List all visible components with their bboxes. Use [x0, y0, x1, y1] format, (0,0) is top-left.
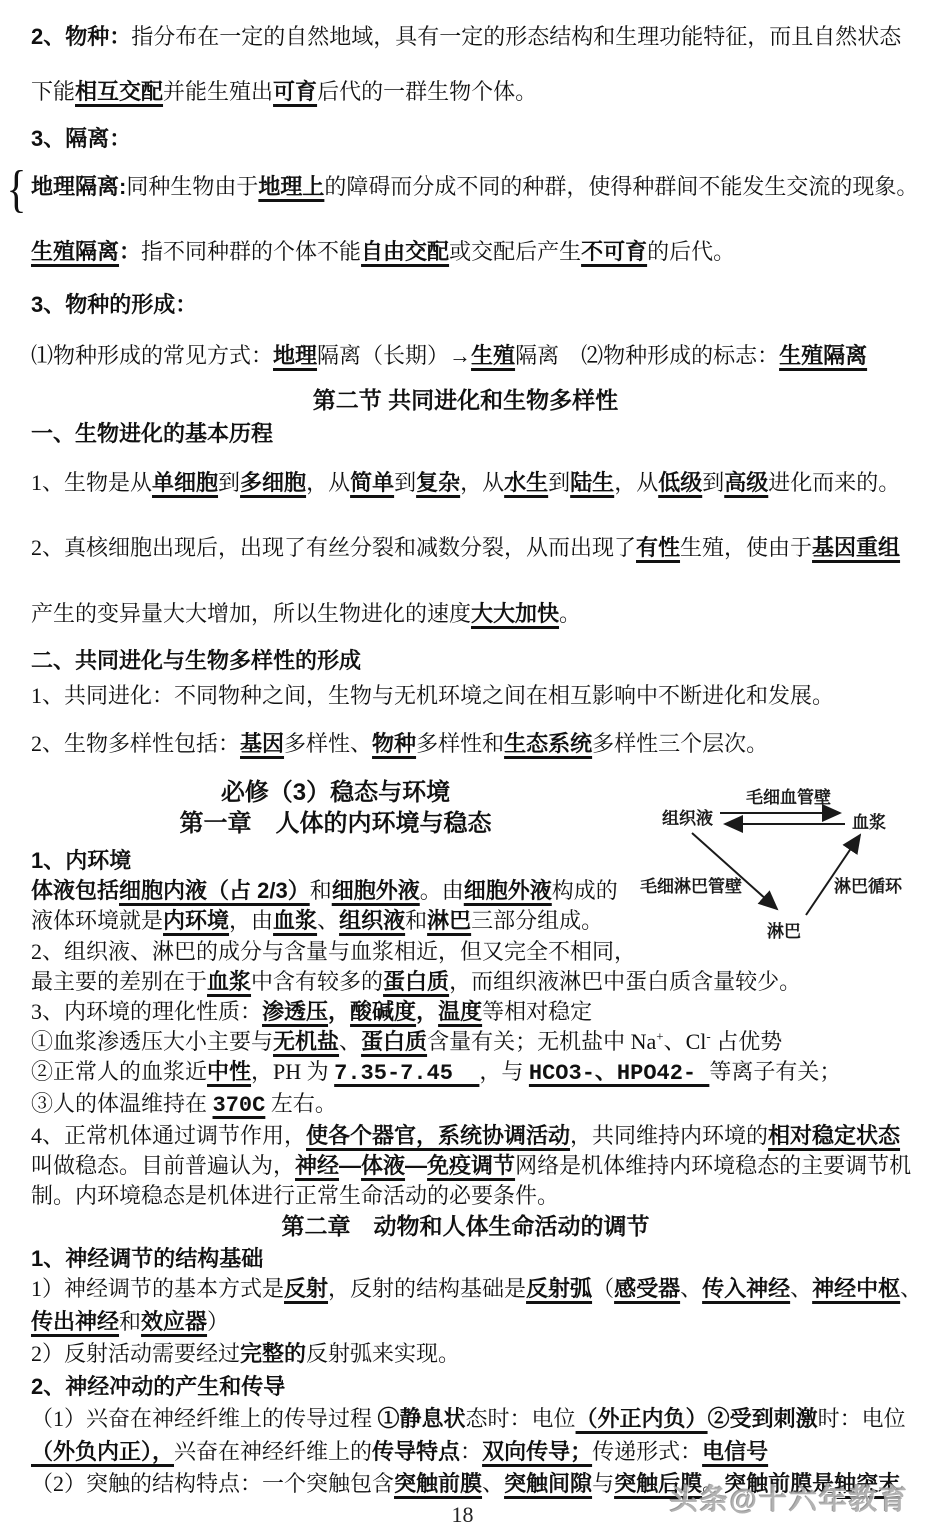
text-run: 左右。: [265, 1091, 337, 1116]
text-run: 无机盐: [273, 1029, 339, 1054]
text-line: 2）反射活动需要经过完整的反射弧来实现。: [31, 1339, 900, 1369]
text-run: 液体环境就是: [31, 908, 163, 933]
text-run: 3、内环境的理化性质：: [31, 999, 262, 1024]
text-run: 自由交配: [361, 239, 449, 264]
text-run: 二、共同进化与生物多样性的形成: [31, 648, 361, 673]
text-run: +: [656, 1029, 663, 1044]
text-line: 1、生物是从单细胞到多细胞，从简单到复杂，从水生到陆生，从低级到高级进化而来的。: [31, 468, 900, 498]
text-run: 传递形式：: [592, 1439, 702, 1464]
text-run: 的障碍而分成不同的种群，使得种群间不能发生交流的现象。: [324, 174, 918, 199]
text-run: 组织液: [339, 908, 405, 933]
text-run: 下能: [31, 79, 75, 104]
text-run: 2、生物多样性包括：: [31, 731, 240, 756]
text-run: 中含有较多的: [251, 969, 383, 994]
text-run: 不可育: [581, 239, 647, 264]
text-run: 、: [482, 1471, 504, 1496]
text-line: 必修（3）稳态与环境: [31, 778, 640, 808]
text-run: 和: [119, 1309, 141, 1334]
text-run: ：: [460, 1439, 482, 1464]
text-run: 电信号: [702, 1439, 768, 1464]
text-run: 基因重组: [812, 535, 900, 560]
text-run: 地理: [273, 343, 317, 368]
text-run: ⑴物种形成的常见方式：: [31, 343, 273, 368]
text-run: 的后代。: [647, 239, 735, 264]
text-run: 血浆: [273, 908, 317, 933]
text-line: 第二节 共同进化和生物多样性: [31, 385, 900, 416]
text-run: 一、生物进化的基本历程: [31, 421, 273, 446]
text-run: 淋巴: [427, 908, 471, 933]
text-run: 神经中枢: [812, 1276, 900, 1301]
text-line: 4、正常机体通过调节作用，使各个器官，系统协调活动，共同维持内环境的相对稳定状态: [31, 1121, 900, 1151]
text-line: 第一章 人体的内环境与稳态: [31, 809, 640, 839]
text-run: 隔离（长期）: [317, 343, 449, 368]
text-run: 指不同种群的个体不能: [141, 239, 361, 264]
text-run: 必修（3）稳态与环境: [221, 779, 450, 806]
text-run: 多细胞: [240, 470, 306, 495]
text-run: 后代的一群生物个体。: [317, 79, 537, 104]
text-run: 产生的变异量大大增加，所以生物进化的速度: [31, 601, 471, 626]
text-run: 进化而来的。: [768, 470, 900, 495]
text-run: 生态系统: [504, 731, 592, 756]
text-run: 和: [310, 878, 332, 903]
text-line: 3、物种的形成：: [31, 290, 900, 320]
text-line: 一、生物进化的基本历程: [31, 419, 900, 449]
text-run: 温度: [438, 999, 482, 1024]
document-body: 2、物种：指分布在一定的自然地域，具有一定的形态结构和生理功能特征，而且自然状态…: [31, 22, 900, 1499]
text-line: 2、神经冲动的产生和传导: [31, 1372, 900, 1402]
text-run: 、: [900, 1276, 922, 1301]
text-run: 到: [702, 470, 724, 495]
text-run: 到: [548, 470, 570, 495]
text-run: ②正常人的血浆近: [31, 1059, 207, 1084]
text-run: 叫做稳态。目前普遍认为，: [31, 1153, 295, 1178]
text-run: （外正内负）: [576, 1406, 708, 1431]
text-run: ，: [328, 999, 350, 1024]
text-line: 1）神经调节的基本方式是反射，反射的结构基础是反射弧（感受器、传入神经、神经中枢…: [31, 1274, 900, 1304]
text-run: —: [405, 1153, 427, 1178]
text-run: 渗透压: [262, 999, 328, 1024]
text-run: 等相对稳定: [482, 999, 592, 1024]
text-run: 传导特点: [372, 1439, 460, 1464]
text-run: 2、真核细胞出现后，出现了有丝分裂和减数分裂，从而出现了: [31, 535, 636, 560]
text-line: 叫做稳态。目前普遍认为，神经—体液—免疫调节网络是机体维持内环境稳态的主要调节机: [31, 1151, 900, 1181]
text-run: 酸碱度: [350, 999, 416, 1024]
text-run: 可育: [273, 79, 317, 104]
text-run: —: [339, 1153, 361, 1178]
lymph-circulation-label: 淋巴循环: [834, 872, 902, 897]
text-run: 反射: [284, 1276, 328, 1301]
text-run: 并能生殖出: [163, 79, 273, 104]
text-run: 到: [218, 470, 240, 495]
text-run: 或交配后产生: [449, 239, 581, 264]
text-run: →: [449, 343, 471, 368]
text-run: 水生: [504, 470, 548, 495]
text-run: ，从: [614, 470, 658, 495]
text-run: 基因: [240, 731, 284, 756]
text-run: ②受到刺激: [708, 1406, 818, 1431]
text-line: 2、生物多样性包括：基因多样性、物种多样性和生态系统多样性三个层次。: [31, 729, 900, 759]
text-run: 最主要的差别在于: [31, 969, 207, 994]
text-run: HCO3-、HPO42-: [529, 1061, 709, 1086]
text-run: 蛋白质: [383, 969, 449, 994]
text-line: 2、物种：指分布在一定的自然地域，具有一定的形态结构和生理功能特征，而且自然状态: [31, 22, 900, 52]
text-run: 突触间隙: [504, 1471, 592, 1496]
text-line: ①血浆渗透压大小主要与无机盐、蛋白质含量有关；无机盐中 Na+、Cl- 占优势: [31, 1027, 900, 1057]
text-run: 体液包括: [31, 878, 119, 903]
watermark: 头条@十六年教育: [670, 1478, 909, 1518]
text-run: 细胞外液: [332, 878, 420, 903]
lymph-node: 淋巴: [767, 917, 801, 942]
text-run: 2、物种：: [31, 24, 131, 49]
text-run: 生殖隔离: [31, 239, 119, 264]
text-run: （外负内正），: [31, 1439, 174, 1464]
text-run: 传出神经: [31, 1309, 119, 1334]
text-run: 感受器: [614, 1276, 680, 1301]
text-run: 第二节 共同进化和生物多样性: [313, 387, 618, 413]
fluid-exchange-diagram: 毛细血管壁 组织液 血浆 毛细淋巴管壁 淋巴循环 淋巴: [620, 775, 925, 940]
text-run: 、: [790, 1276, 812, 1301]
text-run: 内环境: [163, 908, 229, 933]
text-run: 隔离 ⑵物种形成的标志：: [515, 343, 779, 368]
text-line: 传出神经和效应器）: [31, 1307, 900, 1337]
text-run: 多样性三个层次。: [592, 731, 768, 756]
text-run: 复杂: [416, 470, 460, 495]
text-run: 相互交配: [75, 79, 163, 104]
capillary-wall-label: 毛细血管壁: [746, 783, 831, 808]
text-run: ，: [416, 999, 438, 1024]
text-line: 地理隔离:同种生物由于地理上的障碍而分成不同的种群，使得种群间不能发生交流的现象…: [31, 172, 900, 202]
text-run: ，反射的结构基础是: [328, 1276, 526, 1301]
text-run: 细胞外液: [464, 878, 552, 903]
text-run: 蛋白质: [361, 1029, 427, 1054]
text-run: 反射弧: [526, 1276, 592, 1301]
text-run: ③人的体温维持在: [31, 1091, 213, 1116]
text-line: 生殖隔离：指不同种群的个体不能自由交配或交配后产生不可育的后代。: [31, 237, 900, 267]
text-run: ，从: [306, 470, 350, 495]
text-line: ②正常人的血浆近中性，PH 为 7.35-7.45 ，与 HCO3-、HPO42…: [31, 1057, 900, 1089]
text-run: 1、生物是从: [31, 470, 152, 495]
text-run: 1、共同进化：不同物种之间，生物与无机环境之间在相互影响中不断进化和发展。: [31, 683, 834, 708]
text-run: 与: [592, 1471, 614, 1496]
text-run: 时：电位: [818, 1406, 906, 1431]
text-run: 、Cl: [664, 1029, 707, 1054]
text-run: （: [592, 1276, 614, 1301]
text-run: 地理隔离:: [31, 174, 126, 199]
text-run: 4、正常机体通过调节作用，: [31, 1123, 306, 1148]
text-run: 高级: [724, 470, 768, 495]
plasma-node: 血浆: [852, 808, 886, 833]
text-run: 完整的: [240, 1341, 306, 1366]
lymph-capillary-wall-label: 毛细淋巴管壁: [640, 872, 742, 897]
text-run: 7.35-7.45: [334, 1061, 479, 1086]
text-run: 多样性、: [284, 731, 372, 756]
text-line: 二、共同进化与生物多样性的形成: [31, 646, 900, 676]
text-run: 突触前膜: [394, 1471, 482, 1496]
tissue-fluid-node: 组织液: [662, 804, 713, 829]
text-line: 下能相互交配并能生殖出可育后代的一群生物个体。: [31, 77, 900, 107]
text-run: 制。内环境稳态是机体进行正常生命活动的必要条件。: [31, 1183, 559, 1208]
text-run: 和: [405, 908, 427, 933]
text-run: ）: [207, 1309, 229, 1334]
text-run: （1）兴奋在神经纤维上的传导过程: [31, 1406, 378, 1431]
text-run: 第二章 动物和人体生命活动的调节: [282, 1213, 650, 1239]
text-run: 免疫调节: [427, 1153, 515, 1178]
document-page: { 2、物种：指分布在一定的自然地域，具有一定的形态结构和生理功能特征，而且自然…: [0, 0, 925, 1539]
text-run: ，由: [229, 908, 273, 933]
text-run: 2、神经冲动的产生和传导: [31, 1374, 285, 1399]
text-run: 有性: [636, 535, 680, 560]
text-run: 、: [339, 1029, 361, 1054]
text-run: 体液: [361, 1153, 405, 1178]
text-line: （1）兴奋在神经纤维上的传导过程 ①静息状态时：电位（外正内负）②受到刺激时：电…: [31, 1404, 900, 1434]
text-line: （外负内正），兴奋在神经纤维上的传导特点：双向传导；传递形式：电信号: [31, 1437, 900, 1467]
text-line: 1、神经调节的结构基础: [31, 1244, 900, 1274]
text-run: 生殖隔离: [779, 343, 867, 368]
text-run: 陆生: [570, 470, 614, 495]
text-run: 生殖: [471, 343, 515, 368]
text-run: ，PH 为: [251, 1059, 334, 1084]
text-run: 2、组织液、淋巴的成分与含量与血浆相近，但又完全不相同，: [31, 939, 636, 964]
text-run: 地理上: [258, 174, 324, 199]
text-run: 相对稳定状态: [768, 1123, 900, 1148]
text-run: ①静息状: [378, 1406, 466, 1431]
text-run: 多样性和: [416, 731, 504, 756]
text-run: 、: [317, 908, 339, 933]
text-run: ：: [119, 239, 141, 264]
text-run: 占优势: [711, 1029, 783, 1054]
text-line: 3、内环境的理化性质：渗透压，酸碱度，温度等相对稳定: [31, 997, 900, 1027]
text-run: 370C: [213, 1093, 266, 1118]
text-run: 同种生物由于: [126, 174, 258, 199]
text-run: 网络是机体维持内环境稳态的主要调节机: [515, 1153, 911, 1178]
text-run: 。由: [420, 878, 464, 903]
text-run: 兴奋在神经纤维上的: [174, 1439, 372, 1464]
text-line: 制。内环境稳态是机体进行正常生命活动的必要条件。: [31, 1181, 900, 1211]
text-run: 第一章 人体的内环境与稳态: [180, 810, 492, 837]
text-line: 2、真核细胞出现后，出现了有丝分裂和减数分裂，从而出现了有性生殖，使由于基因重组: [31, 533, 900, 563]
text-run: 态时：电位: [466, 1406, 576, 1431]
text-run: 。: [559, 601, 581, 626]
text-line: 第二章 动物和人体生命活动的调节: [31, 1211, 900, 1242]
text-line: ③人的体温维持在 370C 左右。: [31, 1089, 900, 1121]
text-run: 3、物种的形成：: [31, 292, 197, 317]
text-run: ，共同维持内环境的: [570, 1123, 768, 1148]
text-run: （2）突触的结构特点：一个突触包含: [31, 1471, 394, 1496]
text-run: 效应器: [141, 1309, 207, 1334]
text-line: 产生的变异量大大增加，所以生物进化的速度大大加快。: [31, 599, 900, 629]
text-run: 到: [394, 470, 416, 495]
text-run: 三部分组成。: [471, 908, 603, 933]
text-run: 构成的: [552, 878, 618, 903]
text-run: 使各个器官，系统协调活动: [306, 1123, 570, 1148]
text-run: 中性: [207, 1059, 251, 1084]
text-run: 物种: [372, 731, 416, 756]
text-run: 1、内环境: [31, 848, 131, 873]
text-run: 3、隔离：: [31, 126, 131, 151]
text-run: 等离子有关；: [709, 1059, 841, 1084]
text-line: ⑴物种形成的常见方式：地理隔离（长期）→生殖隔离 ⑵物种形成的标志：生殖隔离: [31, 341, 900, 371]
text-run: 单细胞: [152, 470, 218, 495]
text-run: ①血浆渗透压大小主要与: [31, 1029, 273, 1054]
text-run: 双向传导；: [482, 1439, 592, 1464]
text-line: 最主要的差别在于血浆中含有较多的蛋白质，而组织液淋巴中蛋白质含量较少。: [31, 967, 900, 997]
text-run: ，从: [460, 470, 504, 495]
text-run: 、: [680, 1276, 702, 1301]
text-run: 1、神经调节的结构基础: [31, 1246, 263, 1271]
text-run: ，而组织液淋巴中蛋白质含量较少。: [449, 969, 801, 994]
text-run: 血浆: [207, 969, 251, 994]
text-run: 2）反射活动需要经过: [31, 1341, 240, 1366]
text-run: 低级: [658, 470, 702, 495]
text-run: 大大加快: [471, 601, 559, 626]
text-run: 传入神经: [702, 1276, 790, 1301]
text-run: 生殖，使由于: [680, 535, 812, 560]
text-run: 简单: [350, 470, 394, 495]
text-run: 指分布在一定的自然地域，具有一定的形态结构和生理功能特征，而且自然状态: [131, 24, 901, 49]
text-run: 反射弧来实现。: [306, 1341, 460, 1366]
text-run: 神经: [295, 1153, 339, 1178]
text-run: 含量有关；无机盐中 Na: [427, 1029, 656, 1054]
text-run: ，与: [479, 1059, 529, 1084]
text-run: 1）神经调节的基本方式是: [31, 1276, 284, 1301]
text-run: 细胞内液（占 2/3）: [119, 878, 310, 903]
text-line: 3、隔离：: [31, 124, 900, 154]
text-line: 1、共同进化：不同物种之间，生物与无机环境之间在相互影响中不断进化和发展。: [31, 681, 900, 711]
left-brace-mark: {: [6, 160, 26, 219]
